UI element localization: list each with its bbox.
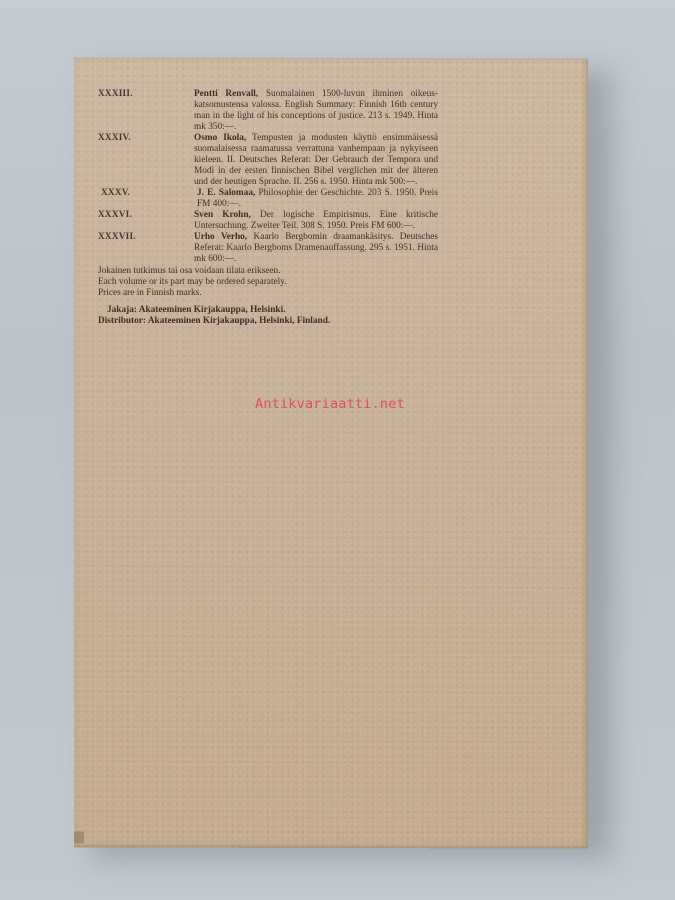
list-item: XXXIII. Pentti Renvall, Suomalainen 1500…	[98, 89, 438, 133]
worn-corner	[74, 831, 84, 843]
entry-text: Pentti Renvall, Suomalainen 1500-luvun i…	[194, 89, 438, 133]
volume-number: XXXIV.	[98, 133, 194, 188]
list-item: XXXV. J. E. Salomaa, Philosophie der Ges…	[98, 188, 438, 210]
entry-author: Sven Krohn,	[194, 210, 251, 220]
order-note-fi: Jokainen tutkimus tai osa voidaan tilata…	[98, 266, 438, 277]
entry-text: J. E. Salomaa, Philosophie der Geschicht…	[197, 188, 438, 210]
volume-number: XXXVII.	[98, 232, 194, 265]
watermark: Antikvariaatti.net	[255, 396, 405, 412]
ordering-notes: Jokainen tutkimus tai osa voidaan tilata…	[98, 266, 438, 327]
list-item: XXXIV. Osmo Ikola, Tempusten ja modusten…	[98, 133, 438, 188]
jakaja-note: Jakaja: Akateeminen Kirjakauppa, Helsink…	[98, 305, 438, 316]
price-note: Prices are in Finnish marks.	[98, 288, 438, 299]
volume-number: XXXIII.	[98, 89, 194, 133]
entry-author: Osmo Ikola,	[194, 133, 246, 143]
entry-text: Osmo Ikola, Tempusten ja modusten käyttö…	[194, 133, 438, 188]
order-note-en: Each volume or its part may be ordered s…	[98, 277, 438, 288]
distributor-note: Distributor: Akateeminen Kirjakauppa, He…	[98, 316, 438, 327]
entry-author: J. E. Salomaa,	[197, 188, 255, 198]
list-item: XXXVII. Urho Verho, Kaarlo Bergbomin dra…	[98, 232, 438, 265]
volume-number: XXXVI.	[98, 210, 194, 232]
entry-text: Urho Verho, Kaarlo Bergbomin draamankäsi…	[194, 232, 438, 265]
entry-author: Urho Verho,	[194, 232, 247, 242]
publication-list: XXXIII. Pentti Renvall, Suomalainen 1500…	[98, 89, 438, 265]
entry-text: Sven Krohn, Der logische Empirismus. Ein…	[194, 210, 438, 232]
entry-author: Pentti Renvall,	[194, 89, 258, 99]
volume-number: XXXV.	[98, 188, 197, 210]
list-item: XXXVI. Sven Krohn, Der logische Empirism…	[98, 210, 438, 232]
